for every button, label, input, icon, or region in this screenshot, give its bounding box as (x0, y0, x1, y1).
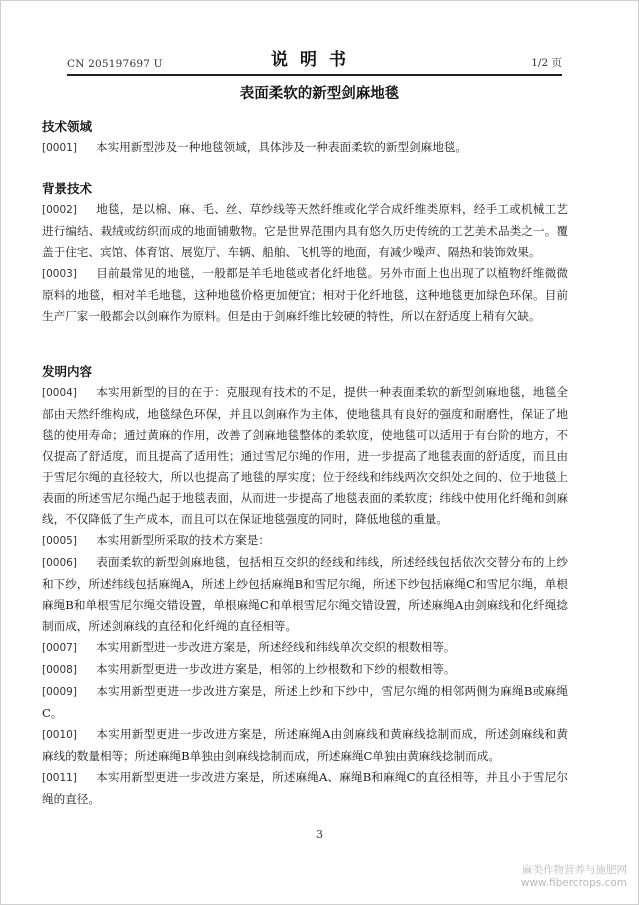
watermark-site-name: 麻类作物营养与施肥网 (521, 864, 627, 877)
paragraph-number: [0001] (42, 138, 96, 159)
paragraph-0002: [0002]地毯，是以棉、麻、毛、丝、草纱线等天然纤维或化学合成纤维类原料，经手… (42, 199, 568, 263)
paragraph-text: 本实用新型进一步改进方案是，所述经线和纬线单次交织的根数相等。 (96, 640, 455, 654)
paragraph-0011: [0011]本实用新型更进一步改进方案是，所述麻绳A、麻绳B和麻绳C的直径相等，… (42, 767, 568, 810)
paragraph-0008: [0008]本实用新型更进一步改进方案是，相邻的上纱根数和下纱的根数相等。 (42, 659, 568, 681)
paragraph-0001: [0001]本实用新型涉及一种地毯领域，具体涉及一种表面柔软的新型剑麻地毯。 (42, 137, 568, 159)
paragraph-0007: [0007]本实用新型进一步改进方案是，所述经线和纬线单次交织的根数相等。 (42, 637, 568, 659)
paragraph-number: [0009] (42, 682, 96, 703)
paragraph-number: [0003] (42, 264, 96, 285)
paragraph-number: [0006] (42, 553, 96, 574)
paragraph-0010: [0010]本实用新型更进一步改进方案是，所述麻绳A由剑麻线和黄麻线捻制而成，所… (42, 724, 568, 767)
paragraph-text: 地毯，是以棉、麻、毛、丝、草纱线等天然纤维或化学合成纤维类原料，经手工或机械工艺… (42, 202, 568, 259)
paragraph-text: 本实用新型所采取的技术方案是： (96, 533, 270, 547)
document-body: 技术领域 [0001]本实用新型涉及一种地毯领域，具体涉及一种表面柔软的新型剑麻… (42, 116, 568, 810)
watermark-url: www.fibercrops.com (521, 877, 627, 890)
paragraph-text: 本实用新型更进一步改进方案是，所述上纱和下纱中，雪尼尔绳的相邻两侧为麻绳B或麻绳… (42, 684, 568, 720)
paragraph-0004: [0004]本实用新型的目的在于：克服现有技术的不足，提供一种表面柔软的新型剑麻… (42, 382, 568, 530)
paragraph-number: [0004] (42, 383, 96, 404)
document-type: 说明书 (271, 45, 358, 70)
paragraph-number: [0005] (42, 531, 96, 552)
paragraph-0005: [0005]本实用新型所采取的技术方案是： (42, 530, 568, 552)
paragraph-number: [0008] (42, 660, 96, 681)
paragraph-text: 本实用新型更进一步改进方案是，所述麻绳A、麻绳B和麻绳C的直径相等，并且小于雪尼… (42, 770, 568, 806)
paragraph-text: 本实用新型更进一步改进方案是，所述麻绳A由剑麻线和黄麻线捻制而成，所述剑麻线和黄… (42, 727, 568, 763)
paragraph-text: 目前最常见的地毯，一般都是羊毛地毯或者化纤地毯。另外市面上也出现了以植物纤维微微… (42, 266, 568, 323)
paragraph-0009: [0009]本实用新型更进一步改进方案是，所述上纱和下纱中，雪尼尔绳的相邻两侧为… (42, 681, 568, 724)
section-heading-invention-content: 发明内容 (42, 361, 568, 382)
patent-number: CN 205197697 U (67, 58, 163, 70)
paragraph-text: 本实用新型的目的在于：克服现有技术的不足，提供一种表面柔软的新型剑麻地毯，地毯全… (42, 385, 568, 526)
section-heading-background: 背景技术 (42, 178, 568, 199)
paragraph-text: 本实用新型更进一步改进方案是，相邻的上纱根数和下纱的根数相等。 (96, 662, 455, 676)
paragraph-0006: [0006]表面柔软的新型剑麻地毯，包括相互交织的经线和纬线，所述经线包括依次交… (42, 552, 568, 637)
paragraph-number: [0011] (42, 768, 96, 789)
paragraph-number: [0002] (42, 200, 96, 221)
page-info: 1/2 页 (531, 55, 562, 70)
document-title: 表面柔软的新型剑麻地毯 (0, 82, 639, 103)
paragraph-text: 表面柔软的新型剑麻地毯，包括相互交织的经线和纬线，所述经线包括依次交替分布的上纱… (42, 555, 568, 633)
watermark: 麻类作物营养与施肥网 www.fibercrops.com (521, 864, 627, 890)
page-number: 3 (0, 828, 639, 841)
section-heading-technical-field: 技术领域 (42, 116, 568, 137)
paragraph-0003: [0003]目前最常见的地毯，一般都是羊毛地毯或者化纤地毯。另外市面上也出现了以… (42, 263, 568, 327)
paragraph-number: [0010] (42, 725, 96, 746)
paragraph-text: 本实用新型涉及一种地毯领域，具体涉及一种表面柔软的新型剑麻地毯。 (96, 140, 467, 154)
paragraph-number: [0007] (42, 638, 96, 659)
page-header: CN 205197697 U 说明书 1/2 页 (67, 44, 562, 76)
